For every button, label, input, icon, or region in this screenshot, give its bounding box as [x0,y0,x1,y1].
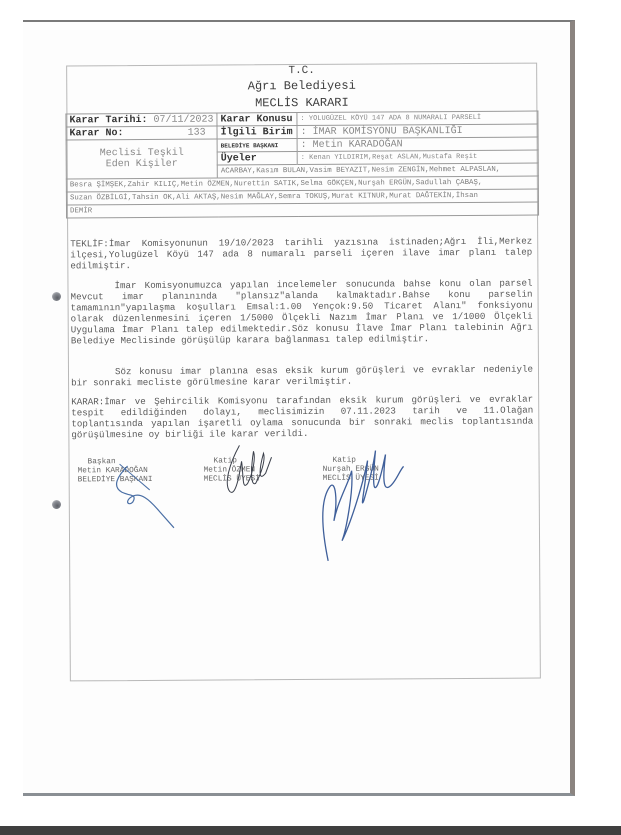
handwritten-signature-icon [219,443,279,503]
decision-meta-table: Karar Tarihi: 07/11/2023 Karar Konusu : … [65,111,539,219]
decision-date-cell: Karar Tarihi: 07/11/2023 [66,113,217,127]
proposal-paragraph: TEKLİF:İmar Komisyonunun 19/10/2023 tari… [68,236,532,272]
members-label: Üyeler [217,152,297,165]
unit-label: İlgili Birim [217,126,297,139]
decision-no-label: Karar No: [70,128,124,139]
mayor-label: BELEDİYE BAŞKANI [217,139,297,152]
punch-hole-icon [52,500,61,509]
decision-date-label: Karar Tarihi: [69,114,147,125]
council-label-line2: Eden Kişiler [70,159,214,171]
decision-no-cell: Karar No:133 [66,126,217,140]
decision-date: 07/11/2023 [153,114,213,125]
punch-hole-icon [52,292,61,301]
document-title: MECLİS KARARI [67,95,536,112]
note-paragraph: Söz konusu imar planına esas eksik kurum… [69,364,533,389]
decision-paragraph: KARAR:İmar ve Şehircilik Komisyonu taraf… [69,394,533,441]
subject-label: Karar Konusu [217,113,297,126]
members-line5: DEMİR [66,202,538,218]
review-paragraph: İmar Komisyonumuzca yapılan incelemeler … [68,278,532,347]
council-label-line1: Meclisi Teşkil [70,148,214,160]
viewer-bottom-bar [0,826,621,835]
decision-frame: T.C. Ağrı Belediyesi MECLİS KARARI Karar… [66,63,541,682]
handwritten-signature-icon [110,456,190,536]
handwritten-signature-icon [319,440,410,571]
decision-no: 133 [188,127,214,138]
country-header: T.C. [67,64,536,79]
municipality-header: Ağrı Belediyesi [67,78,536,95]
council-label-cell: Meclisi Teşkil Eden Kişiler [66,139,217,179]
